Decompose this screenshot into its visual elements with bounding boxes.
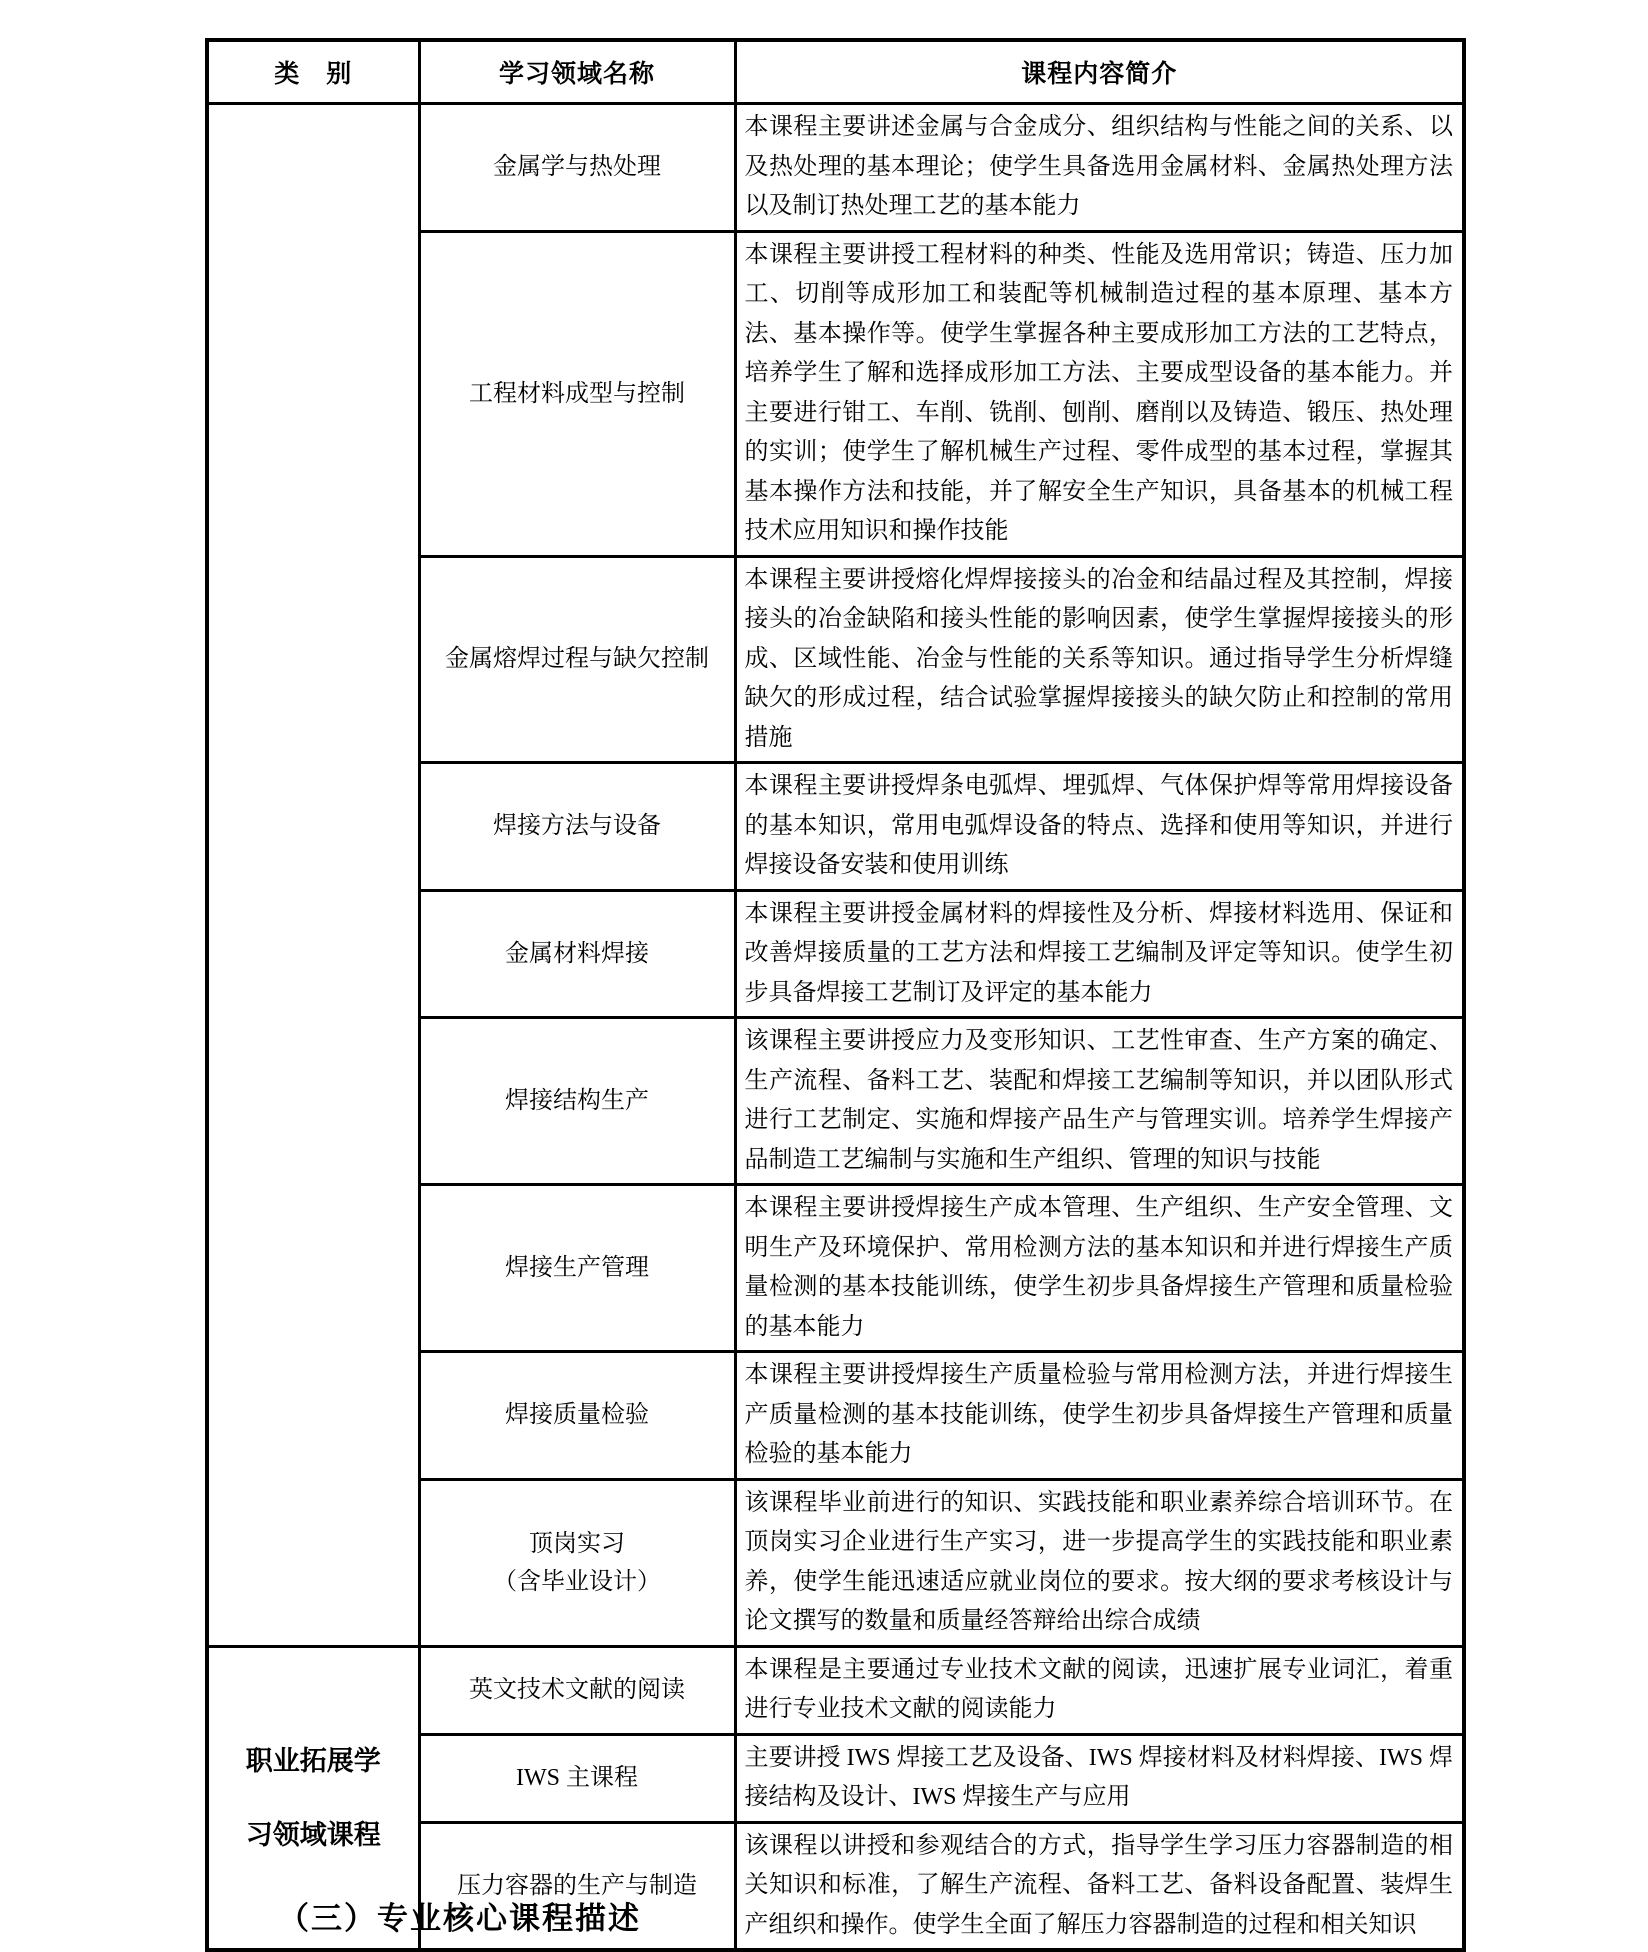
column-header-intro: 课程内容简介 — [735, 40, 1464, 104]
course-name-cell: 焊接方法与设备 — [419, 763, 735, 891]
course-name-cell: 焊接质量检验 — [419, 1352, 735, 1480]
course-desc-cell: 本课程主要讲授金属材料的焊接性及分析、焊接材料选用、保证和改善焊接质量的工艺方法… — [735, 890, 1464, 1018]
course-name-line1: 顶岗实习 — [427, 1525, 728, 1563]
table-header-row: 类 别 学习领域名称 课程内容简介 — [207, 40, 1464, 104]
table-row: 金属学与热处理 本课程主要讲述金属与合金成分、组织结构与性能之间的关系、以及热处… — [207, 104, 1464, 232]
course-desc-cell: 本课程主要讲授焊条电弧焊、埋弧焊、气体保护焊等常用焊接设备的基本知识，常用电弧焊… — [735, 763, 1464, 891]
category-label-line1: 职业拓展学 — [210, 1724, 417, 1798]
course-name-cell: 焊接结构生产 — [419, 1018, 735, 1185]
course-name-cell: 金属学与热处理 — [419, 104, 735, 232]
course-name-line2: （含毕业设计） — [427, 1563, 728, 1601]
course-table: 类 别 学习领域名称 课程内容简介 金属学与热处理 本课程主要讲述金属与合金成分… — [205, 38, 1466, 1952]
course-name-cell: 金属材料焊接 — [419, 890, 735, 1018]
category-cell-core — [207, 104, 419, 1647]
course-desc-cell: 本课程主要讲授焊接生产成本管理、生产组织、生产安全管理、文明生产及环境保护、常用… — [735, 1185, 1464, 1352]
column-header-field-name: 学习领域名称 — [419, 40, 735, 104]
course-name-cell: 顶岗实习 （含毕业设计） — [419, 1479, 735, 1646]
course-desc-cell: 本课程主要讲授工程材料的种类、性能及选用常识；铸造、压力加工、切削等成形加工和装… — [735, 231, 1464, 556]
document-page: 类 别 学习领域名称 课程内容简介 金属学与热处理 本课程主要讲述金属与合金成分… — [0, 0, 1648, 1952]
course-name-cell: 金属熔焊过程与缺欠控制 — [419, 556, 735, 763]
course-desc-cell: 该课程以讲授和参观结合的方式，指导学生学习压力容器制造的相关知识和标准，了解生产… — [735, 1822, 1464, 1950]
course-desc-cell: 本课程主要讲授焊接生产质量检验与常用检测方法，并进行焊接生产质量检测的基本技能训… — [735, 1352, 1464, 1480]
course-desc-cell: 本课程是主要通过专业技术文献的阅读，迅速扩展专业词汇，着重进行专业技术文献的阅读… — [735, 1646, 1464, 1734]
course-desc-cell: 该课程毕业前进行的知识、实践技能和职业素养综合培训环节。在顶岗实习企业进行生产实… — [735, 1479, 1464, 1646]
course-desc-cell: 本课程主要讲授熔化焊焊接接头的冶金和结晶过程及其控制，焊接接头的冶金缺陷和接头性… — [735, 556, 1464, 763]
course-desc-cell: 主要讲授 IWS 焊接工艺及设备、IWS 焊接材料及材料焊接、IWS 焊接结构及… — [735, 1734, 1464, 1822]
column-header-category: 类 别 — [207, 40, 419, 104]
course-desc-cell: 该课程主要讲授应力及变形知识、工艺性审查、生产方案的确定、生产流程、备料工艺、装… — [735, 1018, 1464, 1185]
course-desc-cell: 本课程主要讲述金属与合金成分、组织结构与性能之间的关系、以及热处理的基本理论；使… — [735, 104, 1464, 232]
course-name-cell: 英文技术文献的阅读 — [419, 1646, 735, 1734]
course-name-cell: 焊接生产管理 — [419, 1185, 735, 1352]
table-row: 职业拓展学 习领域课程 英文技术文献的阅读 本课程是主要通过专业技术文献的阅读，… — [207, 1646, 1464, 1734]
category-label-line2: 习领域课程 — [210, 1798, 417, 1872]
course-name-cell: IWS 主课程 — [419, 1734, 735, 1822]
section-caption: （三）专业核心课程描述 — [278, 1893, 641, 1938]
course-name-cell: 工程材料成型与控制 — [419, 231, 735, 556]
